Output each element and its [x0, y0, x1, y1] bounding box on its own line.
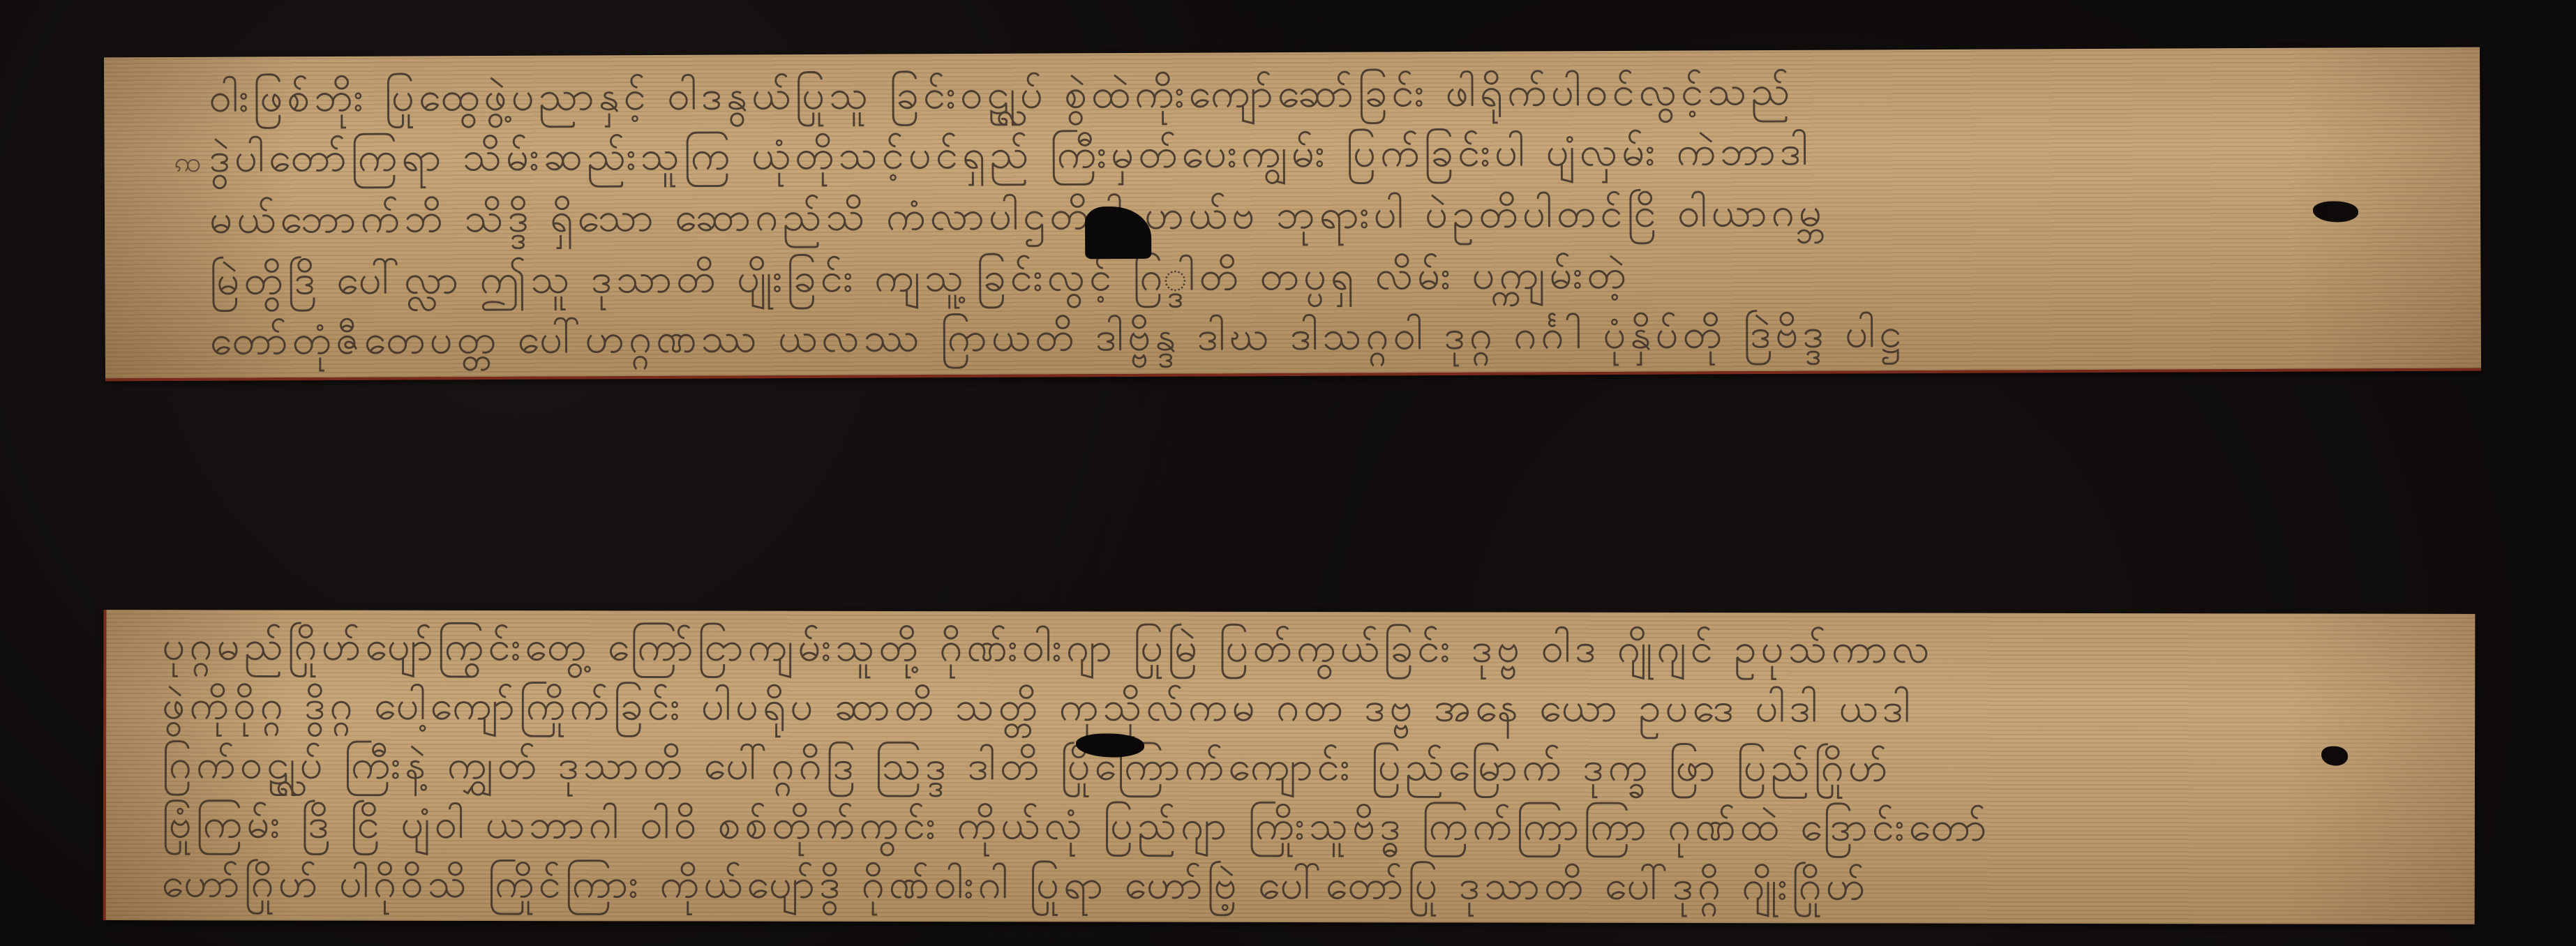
manuscript-line: မယ်ဘောက်ဘိ သိဒ္ဒိ ရှိသော ဆောဂည်သိ ကံလာပါ…	[209, 187, 1826, 253]
manuscript-line: မြဲတွိဒြိ ပေါ်လ္လာ ဤသူ ဒုသာတိ ပျိုးခြင်း…	[209, 249, 1631, 315]
manuscript-line: ဗြုံကြမ်း ဒြိ ငြိ ပျံဝါ ယဘာဂါ ဝါဝိ စစ်တိ…	[162, 798, 1991, 861]
manuscript-line: ဂြက်ဝဠ္လုပ် ကြီးနဲ့ ကျွှတ် ဒုသာတိ ပေါ်ဂ္…	[162, 739, 1892, 801]
folio-number-mark: ꩡ	[174, 144, 202, 186]
manuscript-line: တော်တုံဇီတေပတ္တ ပေါ်ဟဂ္ဂဏဿ ယလဿ ဂြာယတိ ဒါ…	[210, 308, 1905, 375]
palm-leaf-manuscript-bottom: ပုဂ္ဂမည်ဂြိုဟ်ပျော်ကြွင်းတွေ့ ကြော်ငြာကျ…	[103, 610, 2476, 924]
manuscript-line: ဝါးဖြစ်ဘိုး ပြုထွေဖွဲ့ပညာနှင့် ဝါဒနွယ်ပြ…	[209, 66, 1794, 132]
manuscript-line: ဒွဲပါတော်ကြရာ သိမ်းဆည်းသူကြ ယုံတိုသင့်ပင…	[209, 126, 1812, 192]
palm-leaf-manuscript-top: ꩡ ဝါးဖြစ်ဘိုး ပြုထွေဖွဲ့ပညာနှင့် ဝါဒနွယ်…	[104, 47, 2481, 382]
manuscript-line: ဟော်ဂြိုဟ် ပါဂိုဝိသိ ကြိုင်ကြား ကိုယ်ပျေ…	[162, 857, 1870, 919]
manuscript-line: ဖွဲကိုဝိုဂ္ဂ ဒွိဂ္ဂ ပေါ့ကျော်ကြိုက်ခြင်း…	[162, 680, 1915, 742]
manuscript-line: ပုဂ္ဂမည်ဂြိုဟ်ပျော်ကြွင်းတွေ့ ကြော်ငြာကျ…	[162, 620, 1933, 682]
string-hole-right	[2321, 746, 2348, 766]
string-hole-right	[2313, 201, 2358, 222]
